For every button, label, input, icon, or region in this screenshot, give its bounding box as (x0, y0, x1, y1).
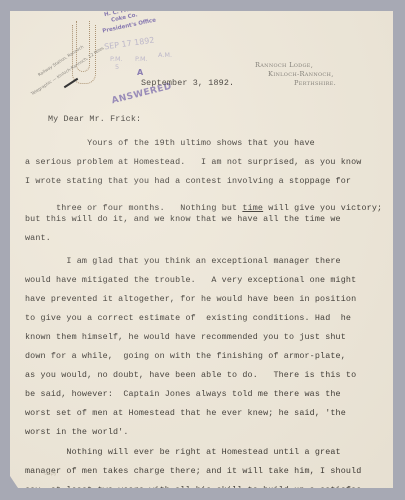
date-stamp: SEP 17 1892 (104, 36, 155, 52)
answered-mark: A (137, 68, 143, 77)
body-line: to give you a correct estimate of existi… (25, 314, 351, 322)
time-stamp-digit: 5 (115, 63, 119, 71)
body-line: I wrote stating that you had a contest i… (25, 177, 351, 185)
body-line: have prevented it altogether, for he wou… (25, 295, 356, 303)
letter-body: Yours of the 19th ultimo shows that you … (25, 11, 46, 188)
letterhead-line-3: Perthshire. (294, 79, 336, 87)
body-line: I am glad that you think an exceptional … (25, 257, 341, 265)
body-line: would have mitigated the trouble. A very… (25, 276, 356, 284)
underlined-word: time (242, 203, 263, 213)
date-stamp-text: SEP 17 1892 (104, 36, 155, 52)
body-line: known them himself, he would have recomm… (25, 333, 346, 341)
body-line: want. (25, 234, 51, 242)
time-stamp-pm1: P.M. (110, 55, 123, 63)
body-line: say, at least two years with all his ski… (25, 486, 367, 494)
body-line: Yours of the 19th ultimo shows that you … (25, 139, 315, 147)
time-stamp-am: A.M. (158, 51, 172, 59)
pencil-mark (64, 78, 79, 88)
salutation: My Dear Mr. Frick: (48, 115, 141, 123)
body-line: be said, however: Captain Jones always t… (25, 390, 341, 398)
letter-page: Railway Station, Rannoch Telegraphic — K… (10, 11, 393, 488)
body-line: as you would, no doubt, have been able t… (25, 371, 356, 379)
body-line: manager of men takes charge there; and i… (25, 467, 361, 475)
body-line: worst in the world'. (25, 428, 129, 436)
pencil-note: Copy (44, 471, 57, 477)
body-line: but this will do it, and we know that we… (25, 215, 341, 223)
body-line: down for a while, going on with the fini… (25, 352, 346, 360)
letter-date: September 3, 1892. (141, 79, 234, 87)
body-line-part: will give you victory; (263, 203, 382, 213)
body-line-part: three or four months. Nothing but (56, 203, 242, 213)
letterhead-line-2: Kinloch-Rannoch, (268, 70, 334, 78)
body-line: worst set of men at Homestead that he ev… (25, 409, 346, 417)
body-line: a serious problem at Homestead. I am not… (25, 158, 361, 166)
body-line: Nothing will ever be right at Homestead … (25, 448, 341, 456)
letterhead-line-1: Rannoch Lodge, (255, 61, 313, 69)
time-stamp-pm2: P.M. (135, 55, 148, 63)
